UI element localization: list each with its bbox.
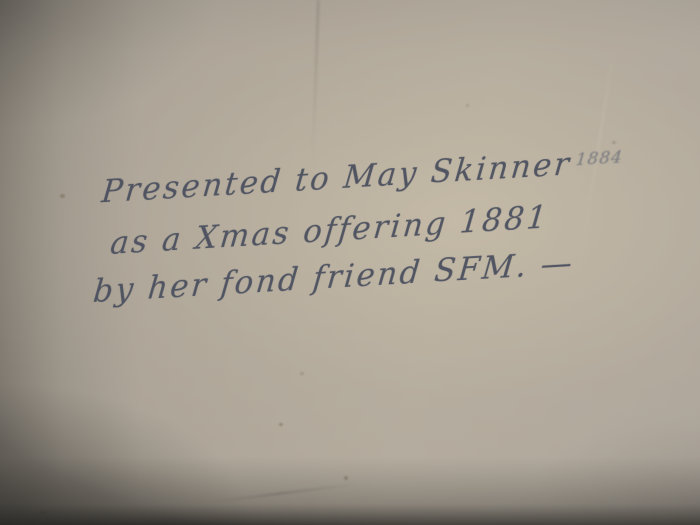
foxing-speck — [41, 511, 45, 514]
book-page-photo: Presented to May Skinner1884 as a Xmas o… — [0, 0, 700, 525]
foxing-speck — [300, 372, 304, 375]
foxing-speck — [279, 423, 283, 426]
faint-pencil-date: 1884 — [575, 147, 624, 170]
foxing-speck — [466, 104, 469, 107]
foxing-speck — [60, 194, 65, 198]
paper-crease-top-center — [311, 0, 320, 165]
handwritten-inscription: Presented to May Skinner1884 as a Xmas o… — [86, 138, 629, 316]
paper-crease-bottom — [210, 483, 359, 503]
foxing-speck — [344, 476, 348, 480]
